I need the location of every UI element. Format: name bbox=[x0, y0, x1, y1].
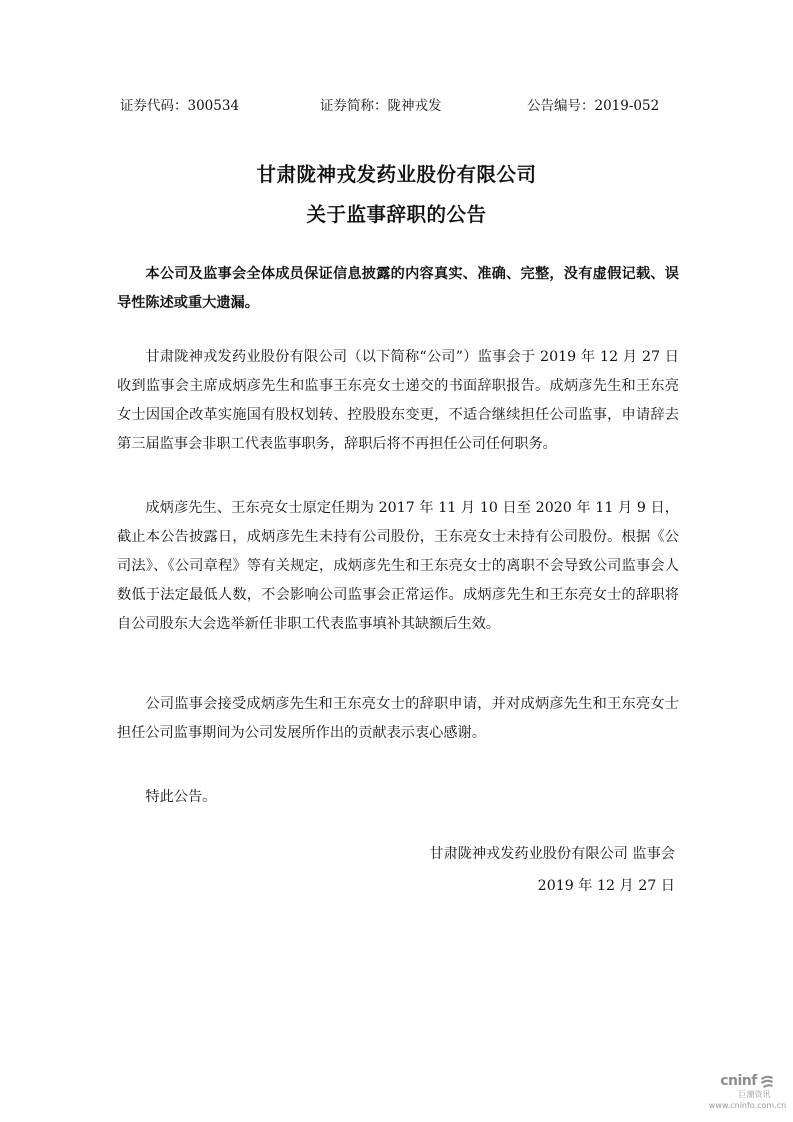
cninfo-logo-icon bbox=[759, 1074, 775, 1088]
closing-remark: 特此公告。 bbox=[117, 783, 679, 812]
announcement-number: 公告编号：2019-052 bbox=[527, 95, 659, 117]
body-paragraph-3: 公司监事会接受成炳彦先生和王东亮女士的辞职申请，并对成炳彦先生和王东亮女士担任公… bbox=[117, 690, 679, 748]
watermark-brand: cninf bbox=[720, 1073, 757, 1089]
body-paragraph-1: 甘肃陇神戎发药业股份有限公司（以下简称“公司”）监事会于 2019 年 12 月… bbox=[117, 343, 679, 459]
disclosure-statement: 本公司及监事会全体成员保证信息披露的内容真实、准确、完整，没有虚假记载、误导性陈… bbox=[117, 260, 679, 318]
company-title: 甘肃陇神戎发药业股份有限公司 bbox=[0, 159, 793, 187]
cninfo-watermark: cninf 巨潮资讯 www.cninfo.com.cn bbox=[705, 1072, 790, 1117]
document-page: 证券代码：300534 证券简称：陇神戎发 公告编号：2019-052 甘肃陇神… bbox=[0, 0, 793, 1122]
watermark-chinese-name: 巨潮资讯 bbox=[719, 1090, 790, 1100]
announcement-title: 关于监事辞职的公告 bbox=[0, 199, 793, 227]
security-code: 证券代码：300534 bbox=[120, 95, 239, 117]
signature-organization: 甘肃陇神戎发药业股份有限公司 监事会 bbox=[429, 840, 675, 869]
security-name: 证券简称：陇神戎发 bbox=[320, 95, 442, 117]
signature-date: 2019 年 12 月 27 日 bbox=[538, 872, 675, 901]
body-paragraph-2: 成炳彦先生、王东亮女士原定任期为 2017 年 11 月 10 日至 2020 … bbox=[117, 494, 679, 639]
document-header: 证券代码：300534 证券简称：陇神戎发 公告编号：2019-052 bbox=[120, 95, 680, 117]
watermark-url: www.cninfo.com.cn bbox=[705, 1100, 790, 1111]
